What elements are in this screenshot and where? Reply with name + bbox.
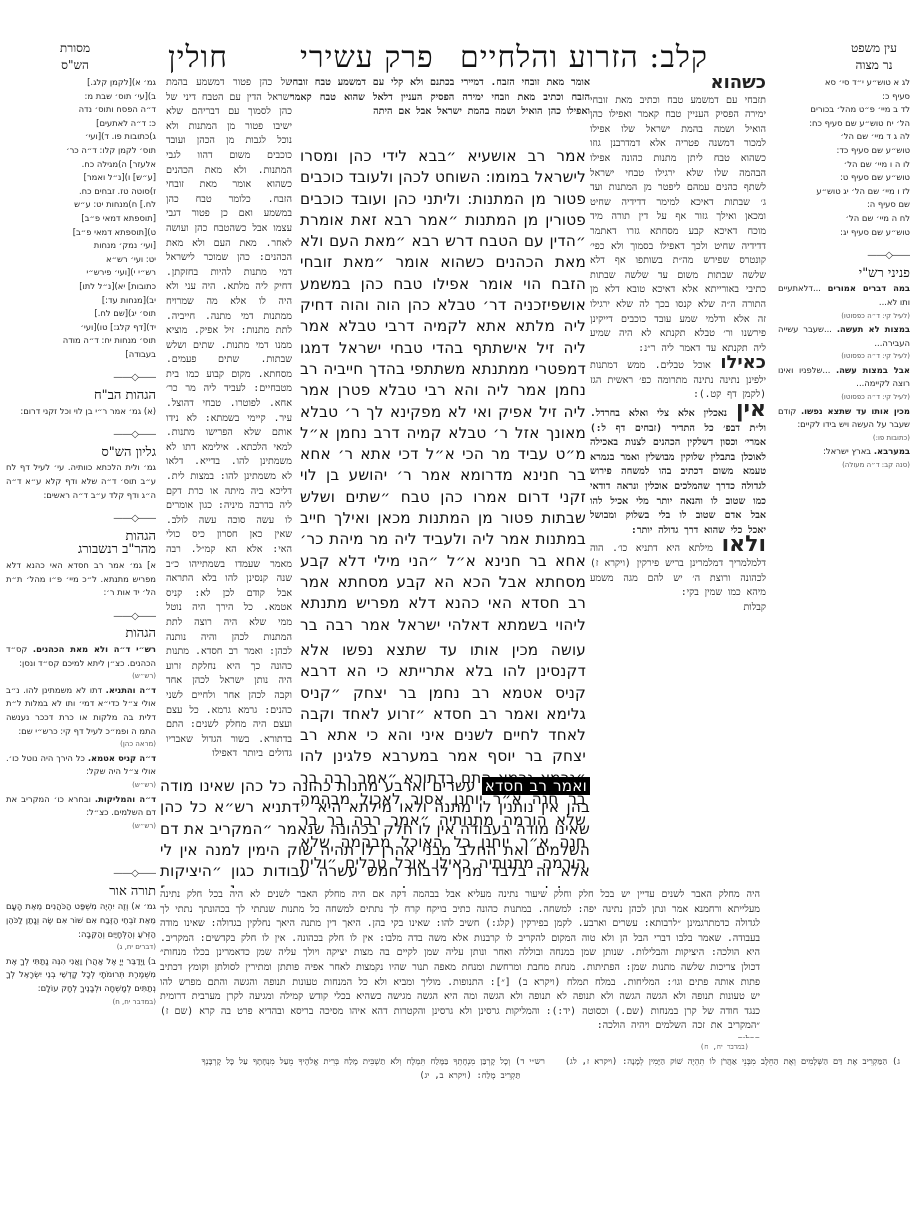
ornament-divider: ——◇—— [6, 610, 156, 624]
ein-mishpat-line: לג א טוש״ע י״ד סי׳ סא [778, 76, 910, 90]
masoret-line: ג)כתובות פו. ד)[ועי׳ [6, 130, 156, 144]
ein-mishpat-line: לד ב מיי׳ פ״ט מהל׳ בכורים [778, 103, 910, 117]
tosafot-column: כשהוא תזבחי עם דמשמע טבח וכתיב מאת זובחי… [590, 76, 766, 636]
tosafot-dibbur-velav: ולאו [722, 532, 766, 557]
footer-block: (במדבר יח, ח) ג) הַמַּקְרִיב אֶת דַּם הַ… [40, 1040, 900, 1082]
daf-number: קלב: [649, 40, 708, 75]
rashi-text: של כהן פטור דמשמע בהמת ישראל הדין עם הטב… [166, 76, 292, 762]
pninei-item: במה דברים אמורים ...דלאתעיים ותו לא...(ל… [778, 282, 910, 323]
bach-text: (א) גמ׳ אמר ר״י בן לוי וכל זקני דרום: [6, 405, 156, 419]
rashi-bottom-catchword: קבלות [160, 1034, 760, 1038]
masoret-line: כתובות] יא)[נ״ל לתו] [6, 280, 156, 294]
ein-mishpat-line: לח ה מיי׳ שם הל׳ [778, 212, 910, 226]
haggahot-item: ד״ה קניס אטמא. כל הירך היה נוטל כו׳. אול… [6, 752, 156, 793]
rashi-column: של כהן פטור דמשמע בהמת ישראל הדין עם הטב… [166, 76, 292, 896]
masoret-line: לח.] ח)מנחות יט: ע״ש [6, 198, 156, 212]
masoret-line: יב)[מנחות עד:] [6, 294, 156, 308]
footer-verse-end: תַּקְרִיב מֶלַח: (ויקרא ב, יג) [40, 1068, 900, 1082]
ein-mishpat-label: עין משפט [842, 40, 906, 57]
masoret-line: תוס׳ מנחות יח: ד״ה מודה [6, 334, 156, 348]
haggahot-head: ד״ה קניס אטמא. [88, 753, 156, 763]
torah-or-source: (במדבר יח, ח) [6, 996, 156, 1010]
torah-or-item: גמ׳ א) וְזֶה יִהְיֶה מִשְׁפַּט הַכֹּהֲנִ… [6, 900, 156, 954]
rashburg-text: א] גמ׳ אמר רב חסדא האי כהנא דלא מפריש מת… [6, 559, 156, 600]
footer-verse: ג) הַמַּקְרִיב אֶת דַּם הַשְּׁלָמִים וְא… [565, 1056, 900, 1066]
ein-mishpat-header: עין משפט נר מצוה [842, 40, 906, 74]
haggahot-item: רש״י ד״ה ולא מאת הכהנים. קס״ד הכהנים. כצ… [6, 643, 156, 684]
ornament-divider: ——◇—— [778, 249, 910, 263]
haggahot-source: (רש״ש) [6, 820, 156, 834]
masoret-line: [ועי׳ נמק׳ מנחות [6, 239, 156, 253]
rashi-top-text: אומר מאת זובחי הזבח. דמיירי בכתנם ולא קל… [290, 77, 590, 117]
masoret-line: יט: ועי׳ רש״א [6, 253, 156, 267]
rashburg-title: הגהות [6, 530, 156, 544]
ornament-divider: ——◇—— [6, 371, 156, 385]
gilyon-title: גליון הש"ס [6, 446, 156, 460]
pninei-head: במערבא. [874, 446, 910, 456]
ein-mishpat-line: לו ה ו מיי׳ שם הל׳ [778, 158, 910, 172]
pninei-head: מכין אותו עד שתצא נפשו. [801, 406, 910, 416]
pninei-head: אבל במצות עשה. [836, 365, 910, 375]
rashburg-subtitle: מהר"ב רנשבורג [6, 543, 156, 557]
pninei-source: (לעיל קי: ד״ה כפסוטו) [778, 310, 910, 324]
masoret-line: ב)[עי׳ תוס׳ שבת מ: [6, 90, 156, 104]
chapter-name: הזרוע והלחיים [460, 40, 639, 75]
pninei-head: חמש עשרה עבודות. [828, 474, 910, 476]
gemara-text-1: אמר רב אושעיא ״בבא לידי כהן ומסרו לישראל… [300, 146, 586, 638]
masoret-line: אלעזר] ה)מגילה כח. [6, 158, 156, 172]
pninei-source: (לעיל קי: ד״ה כפסוטו) [778, 391, 910, 405]
ein-mishpat-line: טוש״ע שם סעיף ט: [778, 171, 910, 185]
masoret-line: יד)[דף קלג:] טו)[ועי׳ [6, 321, 156, 335]
ner-mitzvah-label: נר מצוה [842, 57, 906, 74]
highlighted-phrase[interactable]: ואמר רב חסדא [482, 777, 590, 795]
ein-mishpat-line: לז ו מיי׳ שם הל׳ יג טוש״ע [778, 185, 910, 199]
chapter-number: פרק עשירי [300, 40, 434, 75]
rashi-bottom-text: היה מחלק האבר לשנים עדיין יש בכל חלק וחל… [160, 888, 760, 1034]
rashi-top-block: אומר מאת זובחי הזבח. דמיירי בכתנם ולא קל… [290, 76, 590, 142]
pninei-head: במצות לא תעשה. [837, 324, 910, 334]
ornament-divider: ——◇—— [6, 512, 156, 526]
ein-mishpat-line: שם סעיף ה: [778, 198, 910, 212]
ein-mishpat-line: סעיף כ: [778, 90, 910, 104]
ornament-divider: ——◇—— [6, 867, 156, 881]
tractate-name: חולין [168, 40, 228, 75]
masoret-column: גמ׳ א)[לקמן קלג.] ב)[עי׳ תוס׳ שבת מ: ד״ה… [6, 76, 156, 1036]
hashas-label: הש"ס [40, 57, 110, 74]
masoret-label: מסורת [40, 40, 110, 57]
masoret-line: רש״י י)[ועי׳ פירש״י [6, 266, 156, 280]
ein-mishpat-column: לג א טוש״ע י״ד סי׳ סא סעיף כ: לד ב מיי׳ … [778, 76, 910, 476]
daf-title: קלב: הזרוע והלחיים [460, 40, 708, 75]
footer-verse-line: ג) הַמַּקְרִיב אֶת דַּם הַשְּׁלָמִים וְא… [40, 1054, 900, 1068]
haggahot-head: ד״ה והתניא. [106, 685, 156, 695]
tosafot-dibbur-ein: אין [736, 397, 766, 422]
tosafot-text-3: נאכלין אלא צלי ואלא בחרדל. ול״ת דבפ׳ כל … [590, 408, 766, 536]
gemara-main-block: אמר רב אושעיא ״בבא לידי כהן ומסרו לישראל… [300, 146, 586, 638]
haggahot-title: הגהות [6, 627, 156, 641]
ein-mishpat-line: לה ג ד מיי׳ שם הל׳ [778, 130, 910, 144]
pninei-source: (כתובות פו:) [778, 432, 910, 446]
pninei-item: מכין אותו עד שתצא נפשו. קודם שעבר על העש… [778, 405, 910, 446]
masoret-line: בעבודה] [6, 348, 156, 362]
haggahot-head: רש״י ד״ה ולא מאת הכהנים. [33, 644, 156, 654]
masoret-header: מסורת הש"ס [40, 40, 110, 74]
haggahot-source: (מראה כהן) [6, 738, 156, 752]
masoret-line: תוס׳ לקמן קלו: ד״ה כר׳ [6, 144, 156, 158]
ein-mishpat-line: טוש״ע שם סעיף יג: [778, 226, 910, 240]
ein-mishpat-line: טוש״ע שם סעיף כד: [778, 144, 910, 158]
masoret-line: גמ׳ א)[לקמן קלג.] [6, 76, 156, 90]
masoret-line: ז)סוטה טז. זבחים כח. [6, 185, 156, 199]
footer-source: (במדבר יח, ח) [40, 1040, 900, 1054]
masoret-line: ט)[תוספתא דמאי פ״ב] [6, 226, 156, 240]
haggahot-item: ד״ה והמליקות. ובחרא כו׳ המקריב את דם השל… [6, 793, 156, 834]
pninei-item: אבל במצות עשה. ...שלפניו ואינו רוצה לקיי… [778, 364, 910, 405]
gilyon-text: גמ׳ ולית הלכתא כוותיה. עי׳ לעיל דף לח ע״… [6, 461, 156, 502]
torah-or-item: ב) וַיְדַבֵּר יְיָ אֶל אַהֲרֹן וַאֲנִי ה… [6, 955, 156, 1009]
haggahot-item: ד״ה והתניא. דתו לא משמתינן להו. נ״ב אולי… [6, 684, 156, 752]
rashi-bottom-block: היה מחלק האבר לשנים עדיין יש בכל חלק וחל… [160, 888, 760, 1038]
tosafot-catchword: קבלות [590, 601, 766, 616]
masoret-line: ד״ה הפסח ותוס׳ נדה [6, 103, 156, 117]
torah-or-title: תורה אור [6, 885, 156, 899]
tosafot-dibbur: כשהוא [711, 76, 767, 93]
footer-rashi-note: רש״י ד) וְכָל קָרְבַּן מִנְחָתְךָ בַּמֶּ… [202, 1056, 545, 1066]
pninei-item: במצות לא תעשה. ...שעבר עשייה העבירה...(ל… [778, 323, 910, 364]
tosafot-text: תזבחי עם דמשמע טבח וכתיב מאת זובחי ימירה… [590, 94, 766, 357]
masoret-line: תוס׳ יג)[שם לח.] [6, 307, 156, 321]
tosafot-opening: כשהוא [590, 76, 766, 94]
torah-or-verse: גמ׳ א) וְזֶה יִהְיֶה מִשְׁפַּט הַכֹּהֲנִ… [6, 901, 156, 938]
torah-or-source: (דברים יח, ג) [6, 941, 156, 955]
gemara-continuation: ואמר רב חסדא עשרים וארבע מתנות כהונה כל … [160, 776, 590, 888]
ein-mishpat-line: הל׳ יח טוש״ע שם סעיף כח: [778, 117, 910, 131]
pninei-item: במערבא. בארץ ישראל:(סנה קב: ד״ה מעולה) [778, 445, 910, 472]
pninei-item: חמש עשרה עבודות. נשיאת כפים לכפנים ומוטן… [778, 473, 910, 476]
torah-or-verse: ב) וַיְדַבֵּר יְיָ אֶל אַהֲרֹן וַאֲנִי ה… [6, 956, 156, 993]
tosafot-dibbur-kailu: כאילו [720, 352, 766, 373]
pninei-source: (לעיל קי: ד״ה כפסוטו) [778, 350, 910, 364]
masoret-line: [תוספתא דמאי פ״ב] [6, 212, 156, 226]
pninei-source: (סנה קב: ד״ה מעולה) [778, 459, 910, 473]
masoret-line: כ: ד״ה לאתעים] [6, 117, 156, 131]
pninei-text: בארץ ישראל: [823, 446, 871, 456]
haggahot-source: (רש״ש) [6, 779, 156, 793]
haggahot-source: (רש״ש) [6, 670, 156, 684]
bach-title: הגהות הב"ח [6, 389, 156, 403]
pninei-head: במה דברים אמורים [828, 283, 910, 293]
ornament-divider: ——◇—— [6, 428, 156, 442]
masoret-line: [ע״ש] ו)[נ״ל ואמר] [6, 171, 156, 185]
pninei-rashi-title: פניני רש"י [778, 267, 910, 281]
haggahot-head: ד״ה והמליקות. [95, 794, 156, 804]
